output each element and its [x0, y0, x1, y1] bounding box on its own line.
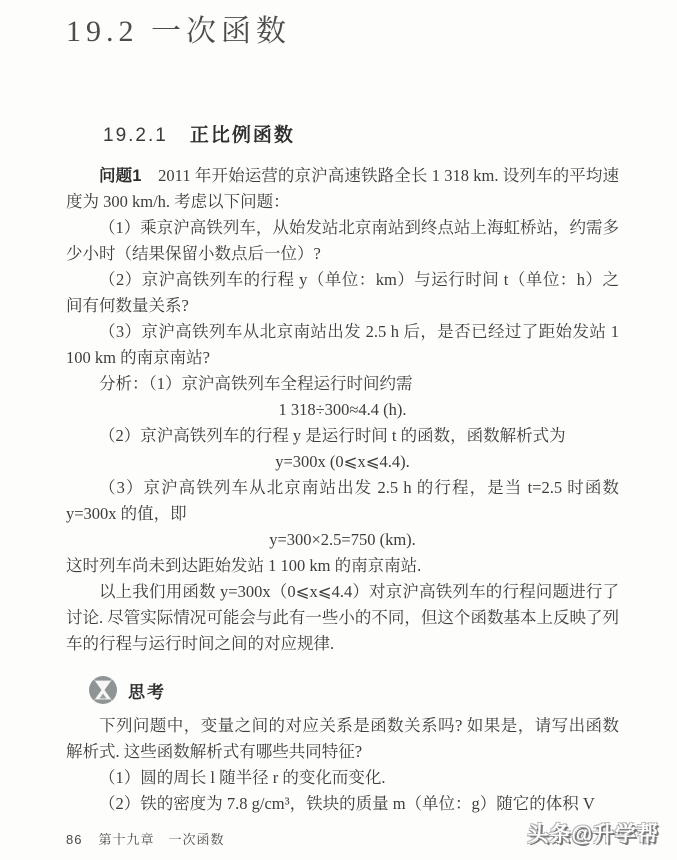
- formula-line-2: y=300x (0⩽x⩽4.4).: [66, 449, 619, 475]
- problem1-item-1: （1）乘京沪高铁列车，从始发站北京南站到终点站上海虹桥站，约需多少小时（结果保留…: [66, 215, 619, 267]
- think-header: 思考: [88, 675, 619, 705]
- formula-line-3: y=300×2.5=750 (km).: [66, 527, 619, 553]
- hourglass-think-icon: [88, 675, 118, 705]
- problem1-item-2: （2）京沪高铁列车的行程 y（单位：km）与运行时间 t（单位：h）之间有何数量…: [66, 267, 619, 319]
- analysis-part3: （3）京沪高铁列车从北京南站出发 2.5 h 的行程，是当 t=2.5 时函数 …: [66, 475, 619, 527]
- section-heading: 19.2.1正比例函数: [103, 124, 677, 148]
- formula-line-1: 1 318÷300≈4.4 (h).: [66, 397, 619, 423]
- analysis-part1: 分析：（1）京沪高铁列车全程运行时间约需: [66, 371, 619, 397]
- problem1-label: 问题1: [99, 167, 141, 185]
- think-body: 下列问题中，变量之间的对应关系是函数关系吗? 如果是，请写出函数解析式. 这些函…: [66, 713, 619, 817]
- problem1-item-3: （3）京沪高铁列车从北京南站出发 2.5 h 后，是否已经过了距始发站 1 10…: [66, 319, 619, 371]
- think-intro: 下列问题中，变量之间的对应关系是函数关系吗? 如果是，请写出函数解析式. 这些函…: [66, 713, 619, 765]
- chapter-title: 19.2 一次函数: [66, 14, 677, 50]
- footer-section: 一次函数: [168, 832, 224, 847]
- problem1-intro-paragraph: 问题1 2011 年开始运营的京沪高速铁路全长 1 318 km. 设列车的平均…: [66, 163, 619, 215]
- think-label: 思考: [128, 678, 166, 703]
- page-footer: 86第十九章一次函数: [66, 829, 225, 848]
- analysis-part2: （2）京沪高铁列车的行程 y 是运行时间 t 的函数，函数解析式为: [66, 423, 619, 449]
- textbook-page: 19.2 一次函数 19.2.1正比例函数 问题1 2011 年开始运营的京沪高…: [0, 0, 677, 860]
- toutiao-watermark: 头条@升学帮: [528, 818, 659, 848]
- body-text: 问题1 2011 年开始运营的京沪高速铁路全长 1 318 km. 设列车的平均…: [0, 163, 677, 657]
- analysis-conclusion: 以上我们用函数 y=300x（0⩽x⩽4.4）对京沪高铁列车的行程问题进行了讨论…: [66, 579, 619, 657]
- section-number: 19.2.1: [103, 125, 168, 146]
- section-title: 正比例函数: [190, 125, 295, 146]
- analysis-part3-end: 这时列车尚未到达距始发站 1 100 km 的南京南站.: [66, 553, 619, 579]
- think-item-2: （2）铁的密度为 7.8 g/cm³，铁块的质量 m（单位：g）随它的体积 V: [66, 791, 619, 817]
- problem1-intro: 2011 年开始运营的京沪高速铁路全长 1 318 km. 设列车的平均速度为 …: [66, 166, 619, 211]
- think-item-1: （1）圆的周长 l 随半径 r 的变化而变化.: [66, 765, 619, 791]
- footer-chapter: 第十九章: [98, 832, 154, 847]
- think-section: 思考 下列问题中，变量之间的对应关系是函数关系吗? 如果是，请写出函数解析式. …: [0, 675, 677, 817]
- page-number: 86: [66, 832, 82, 847]
